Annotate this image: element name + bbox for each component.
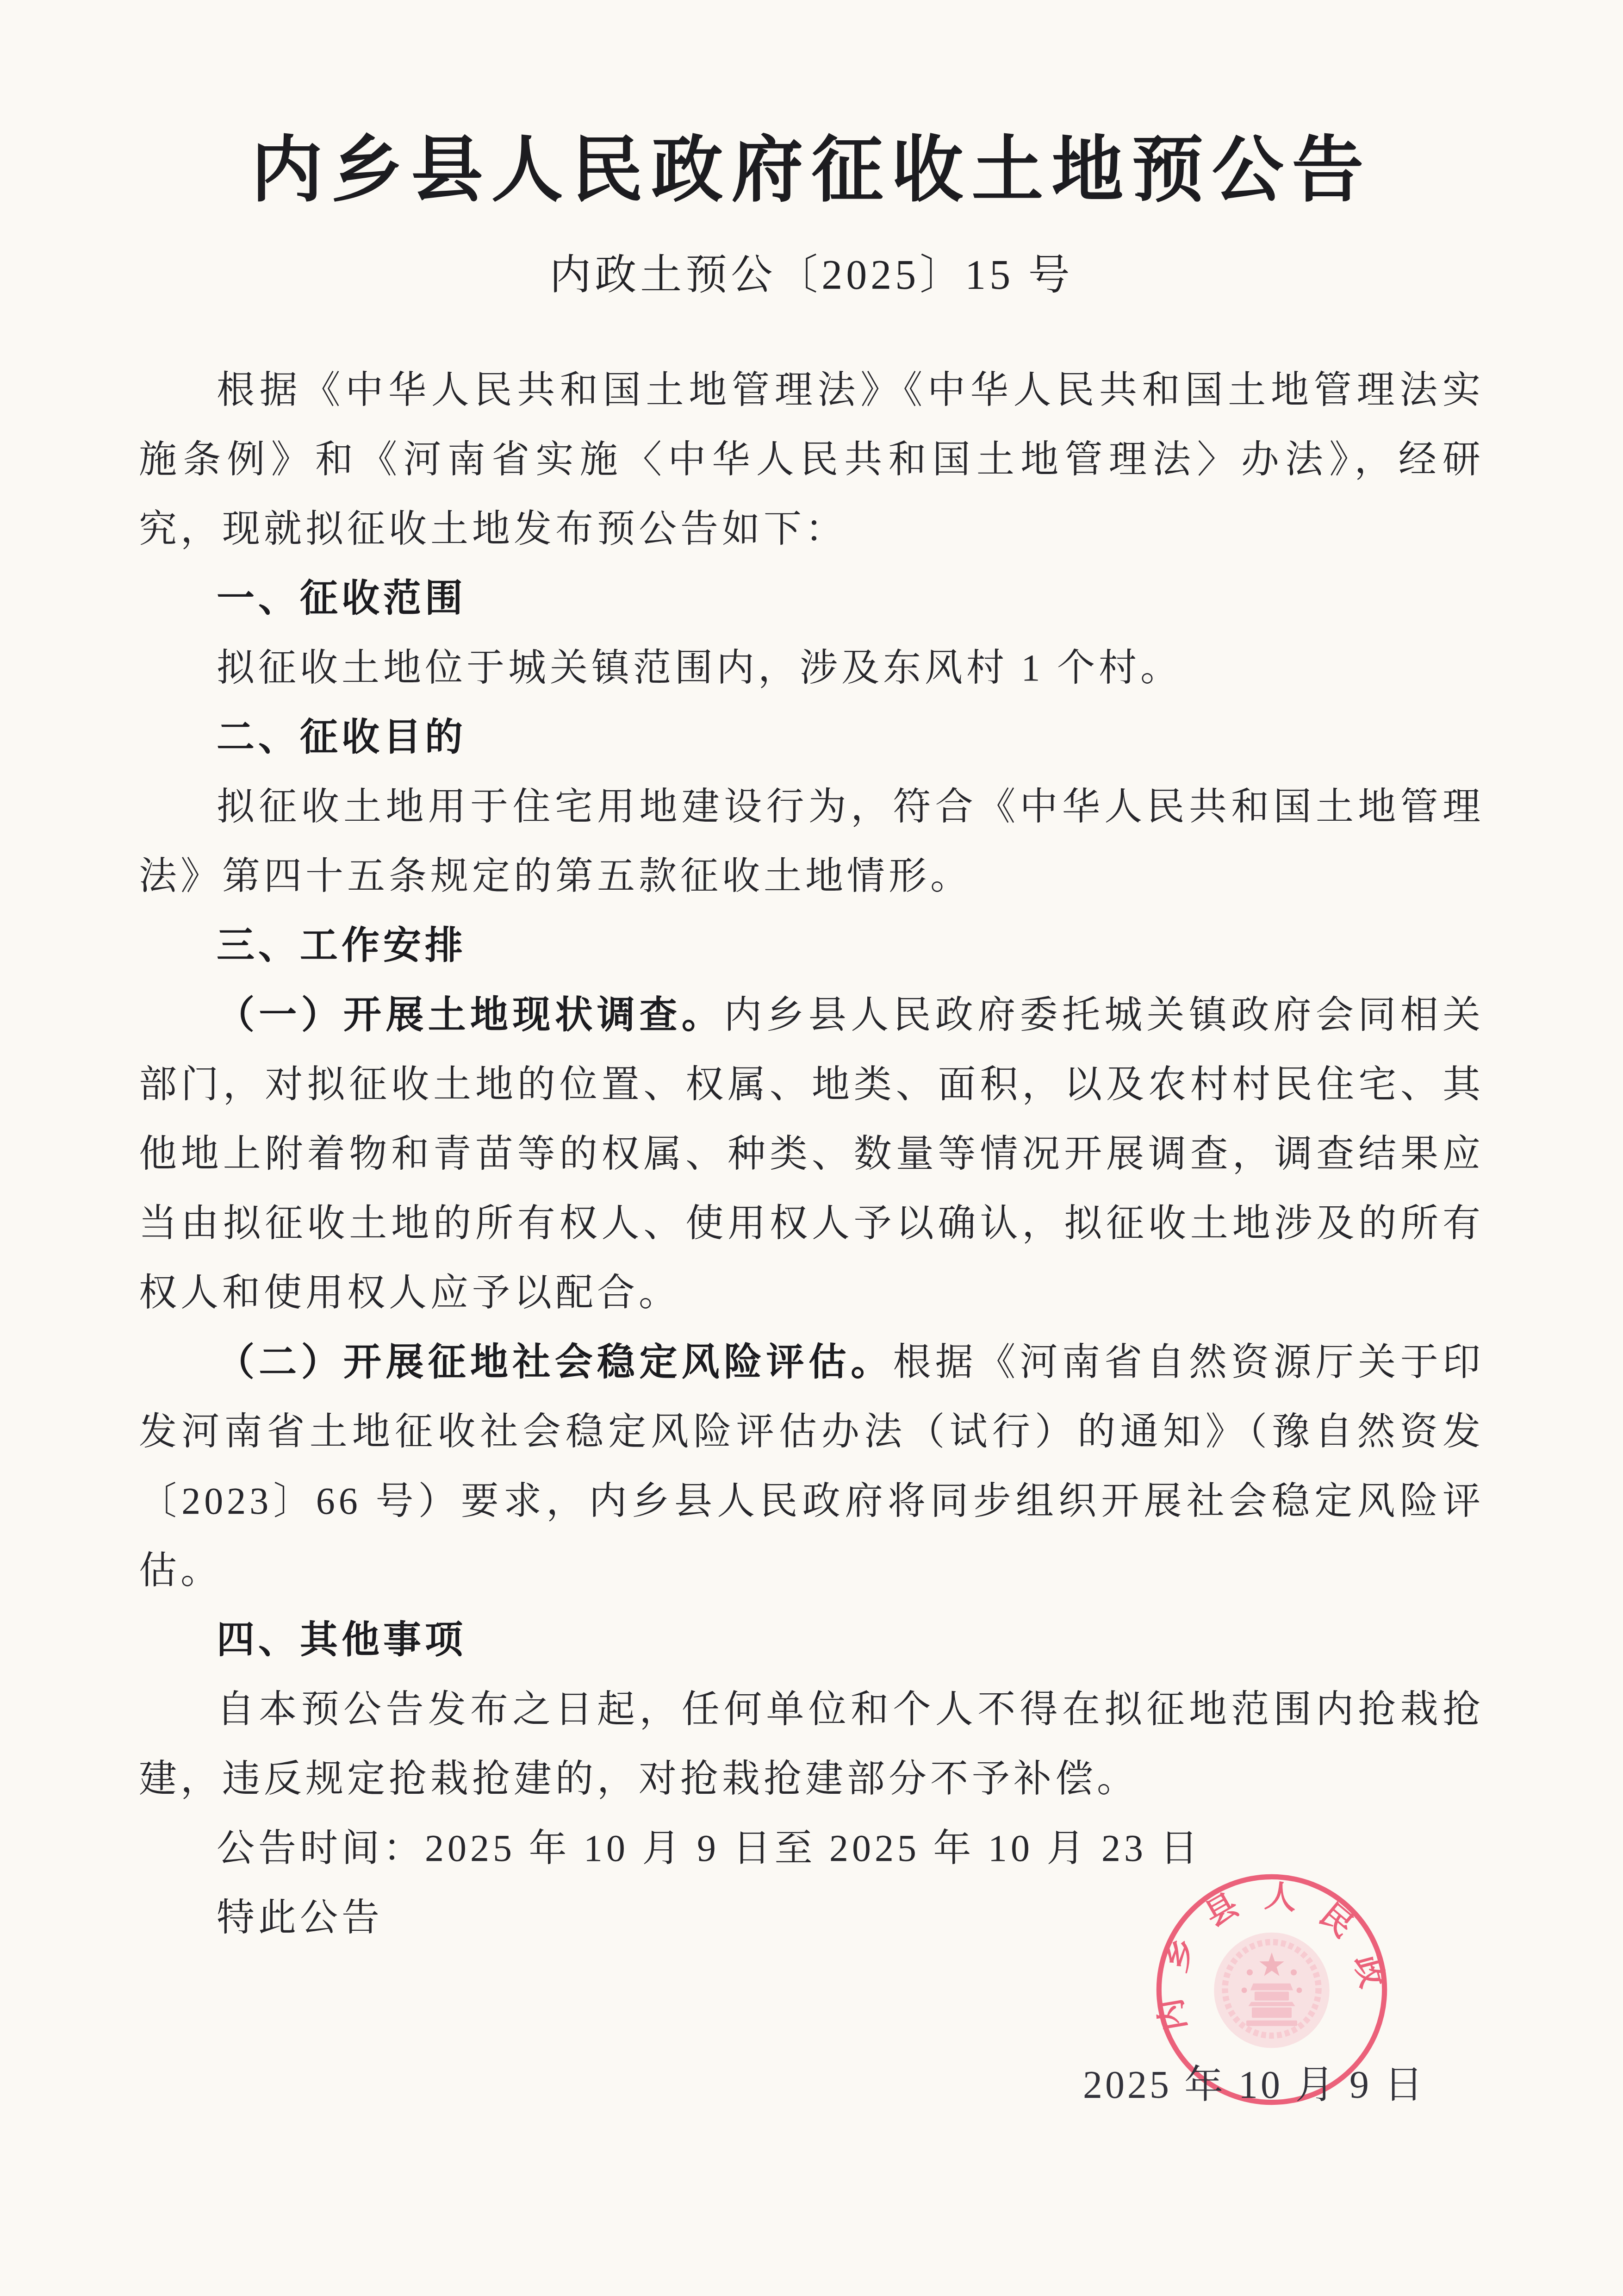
section-3-paragraph-1: （一）开展土地现状调查。内乡县人民政府委托城关镇政府会同相关部门，对拟征收土地的… <box>139 980 1484 1328</box>
section-heading-4: 四、其他事项 <box>139 1605 1484 1675</box>
paragraph-lead: （一）开展土地现状调查。 <box>217 994 724 1036</box>
doc-number: 内政土预公〔2025〕15 号 <box>0 241 1623 301</box>
section-heading-2: 二、征收目的 <box>139 703 1484 772</box>
intro-paragraph: 根据《中华人民共和国土地管理法》《中华人民共和国土地管理法实施条例》和《河南省实… <box>139 356 1484 564</box>
section-4-paragraph: 自本预公告发布之日起，任何单位和个人不得在拟征地范围内抢栽抢建，违反规定抢栽抢建… <box>139 1675 1484 1814</box>
page-title: 内乡县人民政府征收土地预公告 <box>0 124 1623 218</box>
national-emblem <box>1214 1933 1330 2048</box>
paragraph-text: 内乡县人民政府委托城关镇政府会同相关部门，对拟征收土地的位置、权属、地类、面积，… <box>139 994 1484 1314</box>
paragraph-lead: （二）开展征地社会稳定风险评估。 <box>217 1341 893 1383</box>
document-body: 根据《中华人民共和国土地管理法》《中华人民共和国土地管理法实施条例》和《河南省实… <box>139 356 1484 1953</box>
section-heading-1: 一、征收范围 <box>139 564 1484 633</box>
section-3-paragraph-2: （二）开展征地社会稳定风险评估。根据《河南省自然资源厅关于印发河南省土地征收社会… <box>139 1328 1484 1605</box>
section-2-paragraph: 拟征收土地用于住宅用地建设行为，符合《中华人民共和国土地管理法》第四十五条规定的… <box>139 772 1484 911</box>
document-page: 内乡县人民政府征收土地预公告 内政土预公〔2025〕15 号 根据《中华人民共和… <box>0 0 1623 2296</box>
section-heading-3: 三、工作安排 <box>139 911 1484 980</box>
issue-date: 2025 年 10 月 9 日 <box>1083 2053 1435 2109</box>
section-1-paragraph: 拟征收土地位于城关镇范围内，涉及东风村 1 个村。 <box>139 633 1484 703</box>
